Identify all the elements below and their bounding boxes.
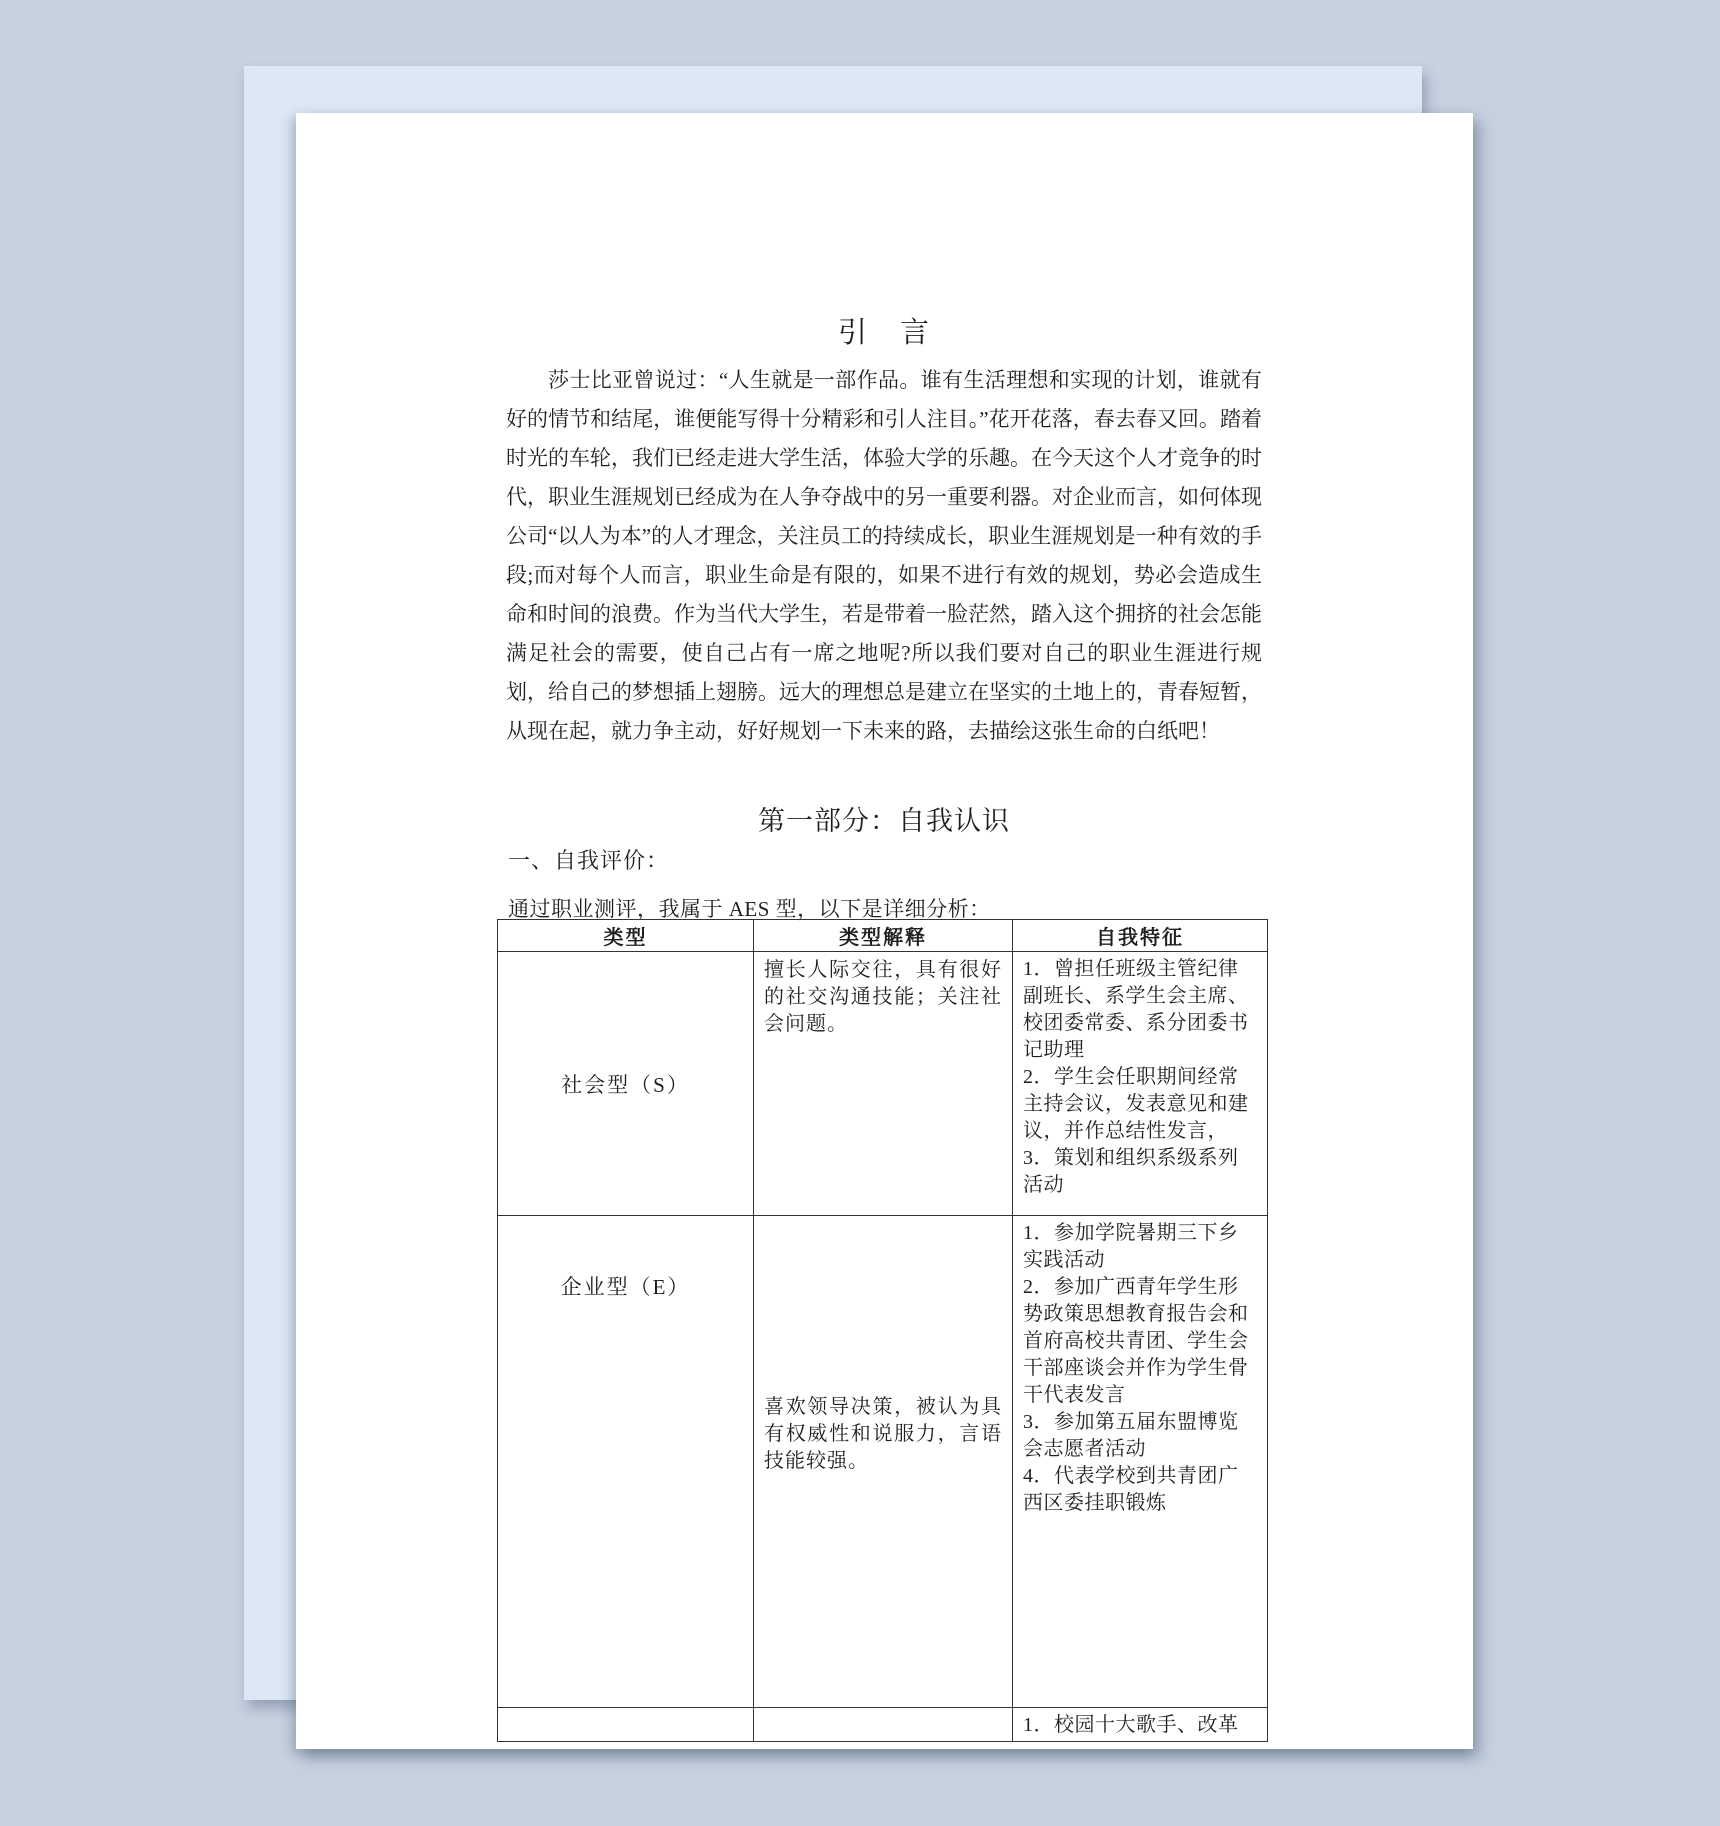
table-row-enterprise-type: 企业型（E） 喜欢领导决策，被认为具有权威性和说服力，言语技能较强。 1．参加学… [498,1216,1268,1708]
table-row-social-type: 社会型（S） 擅长人际交往，具有很好的社交沟通技能；关注社会问题。 1．曾担任班… [498,952,1268,1216]
subsection-heading: 一、自我评价： [508,844,669,875]
traits-cell-social: 1．曾担任班级主管纪律副班长、系学生会主席、校团委常委、系分团委书记助理 2．学… [1013,952,1268,1216]
type-cell-social: 社会型（S） [498,952,754,1216]
column-header-traits: 自我特征 [1013,920,1268,952]
trait-item: 3．策划和组织系级系列活动 [1023,1145,1257,1199]
section-heading: 第一部分：自我认识 [506,799,1262,838]
explanation-cell-enterprise: 喜欢领导决策，被认为具有权威性和说服力，言语技能较强。 [754,1216,1013,1708]
column-header-explanation: 类型解释 [754,920,1013,952]
table-row-partial: 1．校园十大歌手、改革 [498,1708,1268,1742]
trait-item: 1．参加学院暑期三下乡实践活动 [1023,1220,1257,1274]
self-analysis-table: 类型 类型解释 自我特征 社会型（S） 擅长人际交往，具有很好的社交沟通技能；关… [497,919,1268,1742]
trait-item: 1．曾担任班级主管纪律副班长、系学生会主席、校团委常委、系分团委书记助理 [1023,956,1257,1064]
trait-item: 1．校园十大歌手、改革 [1023,1712,1257,1739]
explanation-cell-social: 擅长人际交往，具有很好的社交沟通技能；关注社会问题。 [754,952,1013,1216]
traits-cell-enterprise: 1．参加学院暑期三下乡实践活动 2．参加广西青年学生形势政策思想教育报告会和首府… [1013,1216,1268,1708]
traits-cell-partial: 1．校园十大歌手、改革 [1013,1708,1268,1742]
trait-item: 4．代表学校到共青团广西区委挂职锻炼 [1023,1463,1257,1517]
column-header-type: 类型 [498,920,754,952]
document-title: 引 言 [296,310,1473,351]
table-header-row: 类型 类型解释 自我特征 [498,920,1268,952]
trait-item: 2．学生会任职期间经常主持会议，发表意见和建议，并作总结性发言， [1023,1064,1257,1145]
trait-item: 2．参加广西青年学生形势政策思想教育报告会和首府高校共青团、学生会干部座谈会并作… [1023,1274,1257,1409]
explanation-cell-partial [754,1708,1013,1742]
intro-paragraph: 莎士比亚曾说过：“人生就是一部作品。谁有生活理想和实现的计划，谁就有好的情节和结… [506,361,1262,751]
type-cell-enterprise: 企业型（E） [498,1216,754,1708]
type-cell-partial [498,1708,754,1742]
trait-item: 3．参加第五届东盟博览会志愿者活动 [1023,1409,1257,1463]
document-page: 引 言 莎士比亚曾说过：“人生就是一部作品。谁有生活理想和实现的计划，谁就有好的… [296,113,1473,1749]
